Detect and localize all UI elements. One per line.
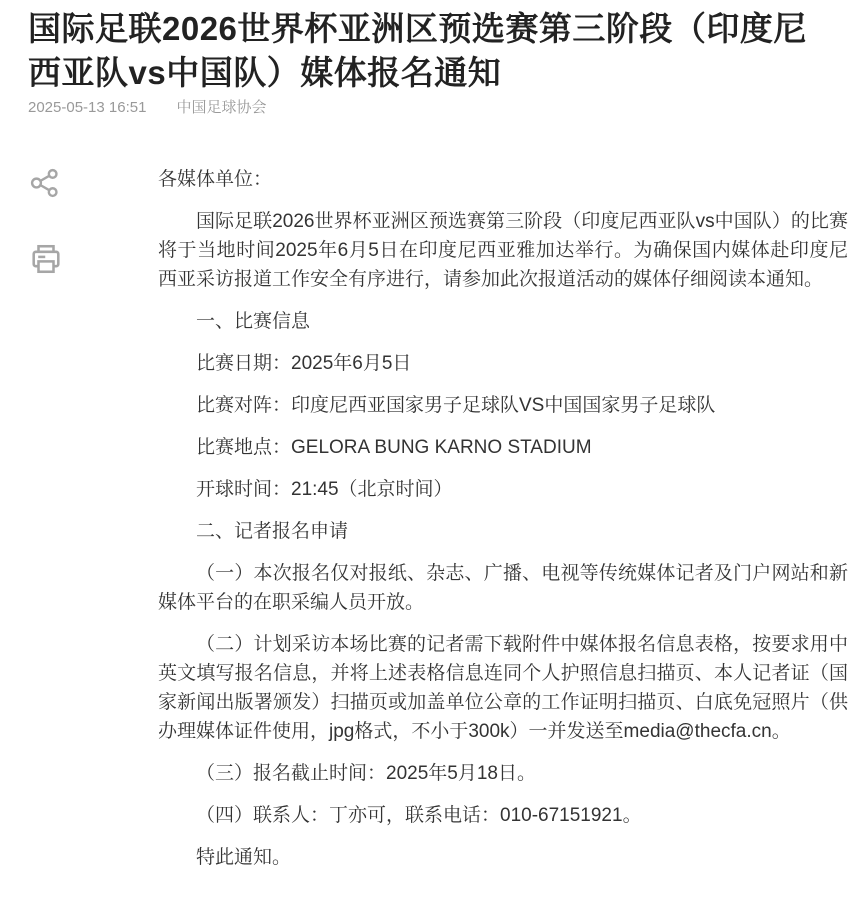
content-area: 各媒体单位：国际足联2026世界杯亚洲区预选赛第三阶段（印度尼西亚队vs中国队）… xyxy=(28,165,846,885)
paragraph: 开球时间：21:45（北京时间） xyxy=(158,475,848,504)
paragraph: （三）报名截止时间：2025年5月18日。 xyxy=(158,759,848,788)
publish-date: 2025-05-13 16:51 xyxy=(28,99,146,116)
paragraph: （二）计划采访本场比赛的记者需下载附件中媒体报名信息表格，按要求用中英文填写报名… xyxy=(158,630,848,746)
paragraph: 一、比赛信息 xyxy=(158,307,848,336)
paragraph: 各媒体单位： xyxy=(158,165,848,194)
share-icon xyxy=(28,166,62,200)
page-title: 国际足联2026世界杯亚洲区预选赛第三阶段（印度尼西亚队vs中国队）媒体报名通知 xyxy=(28,7,840,95)
article-meta: 2025-05-13 16:51中国足球协会 xyxy=(28,98,846,118)
print-button[interactable] xyxy=(28,241,64,277)
share-button[interactable] xyxy=(28,165,64,201)
paragraph: （四）联系人：丁亦可，联系电话：010-67151921。 xyxy=(158,801,848,830)
printer-icon xyxy=(28,241,64,277)
article-body: 各媒体单位：国际足联2026世界杯亚洲区预选赛第三阶段（印度尼西亚队vs中国队）… xyxy=(158,165,848,885)
paragraph: 比赛地点：GELORA BUNG KARNO STADIUM xyxy=(158,433,848,462)
source-name: 中国足球协会 xyxy=(176,99,266,116)
paragraph: 国际足联2026世界杯亚洲区预选赛第三阶段（印度尼西亚队vs中国队）的比赛将于当… xyxy=(158,207,848,294)
paragraph: 比赛日期：2025年6月5日 xyxy=(158,349,848,378)
paragraph: 比赛对阵：印度尼西亚国家男子足球队VS中国国家男子足球队 xyxy=(158,391,848,420)
paragraph: 特此通知。 xyxy=(158,843,848,872)
paragraph: 二、记者报名申请 xyxy=(158,517,848,546)
paragraph: （一）本次报名仅对报纸、杂志、广播、电视等传统媒体记者及门户网站和新媒体平台的在… xyxy=(158,559,848,617)
side-toolbar xyxy=(28,165,158,885)
article-page: 国际足联2026世界杯亚洲区预选赛第三阶段（印度尼西亚队vs中国队）媒体报名通知… xyxy=(0,0,857,885)
